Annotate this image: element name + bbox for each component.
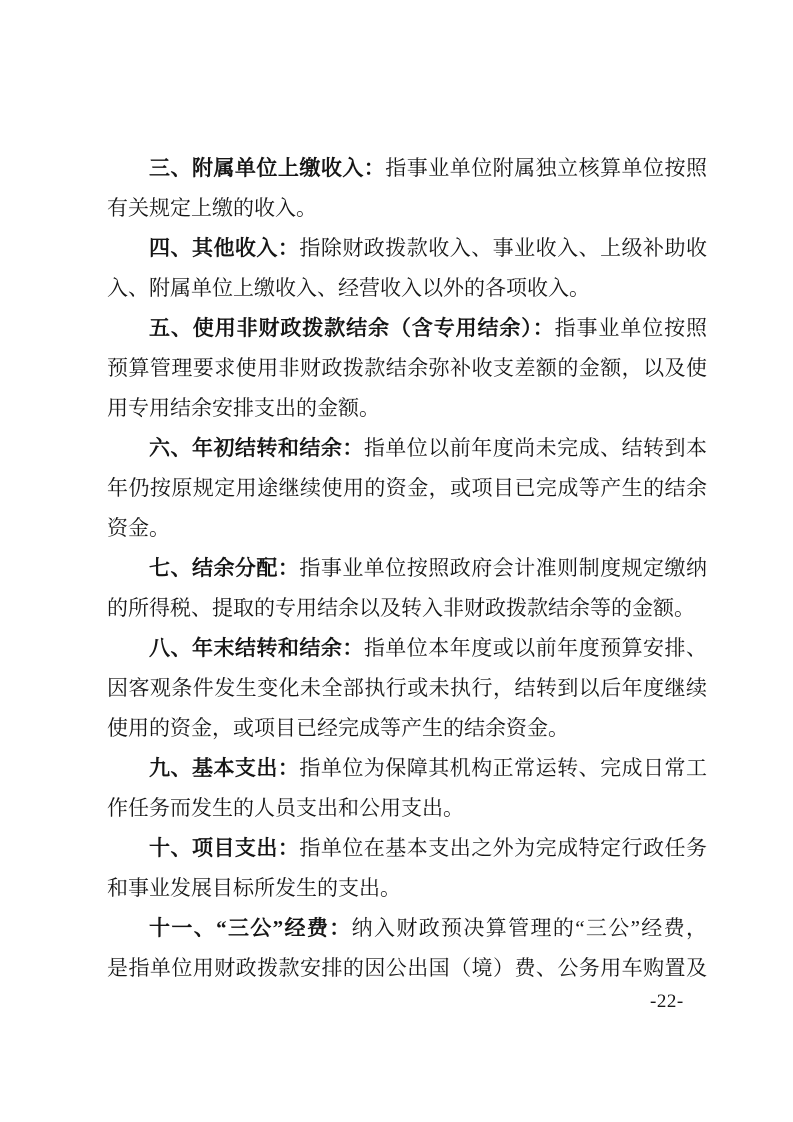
text-line: 十、项目支出：指单位在基本支出之外为完成特定行政任务 [107, 828, 707, 868]
line-text: 和事业发展目标所发生的支出。 [107, 876, 401, 900]
text-line: 和事业发展目标所发生的支出。 [107, 868, 707, 908]
term-label: 三、附属单位上缴收入： [149, 156, 385, 180]
line-text: 入、附属单位上缴收入、经营收入以外的各项收入。 [107, 276, 590, 300]
text-line: 九、基本支出：指单位为保障其机构正常运转、完成日常工 [107, 748, 707, 788]
document-page: 三、附属单位上缴收入：指事业单位附属独立核算单位按照有关规定上缴的收入。四、其他… [0, 0, 793, 1122]
line-text: 指事业单位按照政府会计准则制度规定缴纳 [299, 556, 707, 580]
line-text: 指单位为保障其机构正常运转、完成日常工 [299, 756, 707, 780]
term-label: 七、结余分配： [149, 556, 299, 580]
line-text: 年仍按原规定用途继续使用的资金，或项目已完成等产生的结余 [107, 476, 707, 500]
text-line: 四、其他收入：指除财政拨款收入、事业收入、上级补助收 [107, 228, 707, 268]
line-text: 因客观条件发生变化未全部执行或未执行，结转到以后年度继续 [107, 676, 707, 700]
line-text: 指除财政拨款收入、事业收入、上级补助收 [299, 236, 707, 260]
term-label: 四、其他收入： [149, 236, 299, 260]
term-label: 十一、“三公”经费： [149, 916, 352, 940]
text-line: 作任务而发生的人员支出和公用支出。 [107, 788, 707, 828]
text-line: 资金。 [107, 508, 707, 548]
line-text: 指单位本年度或以前年度预算安排、 [364, 636, 707, 660]
page-number: -22- [650, 991, 684, 1013]
line-text: 预算管理要求使用非财政拨款结余弥补收支差额的金额，以及使 [107, 356, 707, 380]
text-line: 八、年末结转和结余：指单位本年度或以前年度预算安排、 [107, 628, 707, 668]
line-text: 用专用结余安排支出的金额。 [107, 396, 380, 420]
line-text: 指单位以前年度尚未完成、结转到本 [364, 436, 707, 460]
line-text: 使用的资金，或项目已经完成等产生的结余资金。 [107, 716, 569, 740]
term-label: 五、使用非财政拨款结余（含专用结余）： [149, 316, 555, 340]
line-text: 指事业单位按照 [555, 316, 707, 340]
line-text: 纳入财政预决算管理的“三公”经费， [352, 916, 707, 940]
text-line: 有关规定上缴的收入。 [107, 188, 707, 228]
text-line: 入、附属单位上缴收入、经营收入以外的各项收入。 [107, 268, 707, 308]
text-line: 七、结余分配：指事业单位按照政府会计准则制度规定缴纳 [107, 548, 707, 588]
text-line: 因客观条件发生变化未全部执行或未执行，结转到以后年度继续 [107, 668, 707, 708]
line-text: 作任务而发生的人员支出和公用支出。 [107, 796, 464, 820]
line-text: 是指单位用财政拨款安排的因公出国（境）费、公务用车购置及 [107, 956, 707, 980]
text-line: 六、年初结转和结余：指单位以前年度尚未完成、结转到本 [107, 428, 707, 468]
text-line: 是指单位用财政拨款安排的因公出国（境）费、公务用车购置及 [107, 948, 707, 988]
line-text: 有关规定上缴的收入。 [107, 196, 317, 220]
text-line: 用专用结余安排支出的金额。 [107, 388, 707, 428]
line-text: 的所得税、提取的专用结余以及转入非财政拨款结余等的金额。 [107, 596, 695, 620]
term-label: 八、年末结转和结余： [149, 636, 364, 660]
text-line: 年仍按原规定用途继续使用的资金，或项目已完成等产生的结余 [107, 468, 707, 508]
line-text: 指事业单位附属独立核算单位按照 [385, 156, 707, 180]
term-label: 六、年初结转和结余： [149, 436, 364, 460]
line-text: 资金。 [107, 516, 170, 540]
text-line: 三、附属单位上缴收入：指事业单位附属独立核算单位按照 [107, 148, 707, 188]
document-body: 三、附属单位上缴收入：指事业单位附属独立核算单位按照有关规定上缴的收入。四、其他… [107, 148, 707, 988]
text-line: 五、使用非财政拨款结余（含专用结余）：指事业单位按照 [107, 308, 707, 348]
text-line: 使用的资金，或项目已经完成等产生的结余资金。 [107, 708, 707, 748]
term-label: 九、基本支出： [149, 756, 299, 780]
text-line: 的所得税、提取的专用结余以及转入非财政拨款结余等的金额。 [107, 588, 707, 628]
text-line: 十一、“三公”经费：纳入财政预决算管理的“三公”经费， [107, 908, 707, 948]
line-text: 指单位在基本支出之外为完成特定行政任务 [299, 836, 707, 860]
text-line: 预算管理要求使用非财政拨款结余弥补收支差额的金额，以及使 [107, 348, 707, 388]
term-label: 十、项目支出： [149, 836, 299, 860]
